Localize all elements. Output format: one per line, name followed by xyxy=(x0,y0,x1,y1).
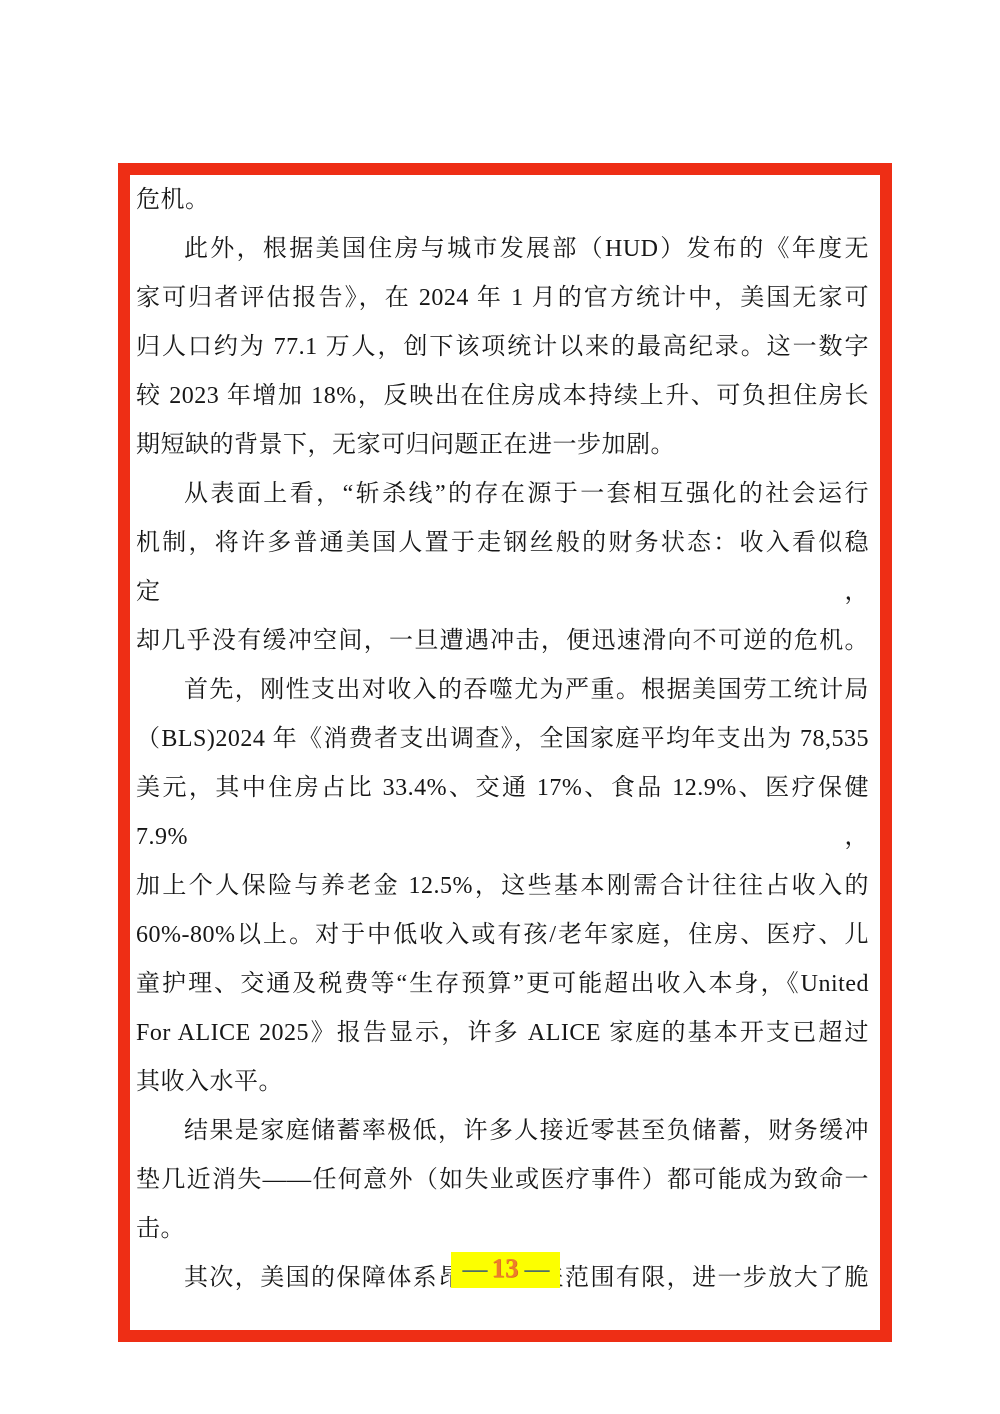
text-line: 家可归者评估报告》，在 2024 年 1 月的官方统计中，美国无家可 xyxy=(136,274,869,323)
text-line: 机制，将许多普通美国人置于走钢丝般的财务状态：收入看似稳定， xyxy=(136,519,869,617)
page-footer: —13— xyxy=(118,1252,892,1288)
page-number: 13 xyxy=(486,1253,525,1283)
text-line: 较 2023 年增加 18%，反映出在住房成本持续上升、可负担住房长 xyxy=(136,372,869,421)
footer-right-dash: — xyxy=(525,1256,548,1283)
text-line: 击。 xyxy=(136,1205,869,1254)
footer-left-dash: — xyxy=(463,1256,486,1283)
text-line: （BLS)2024 年《消费者支出调查》，全国家庭平均年支出为 78,535 xyxy=(136,715,869,764)
text-line: 60%-80%以上。对于中低收入或有孩/老年家庭，住房、医疗、儿 xyxy=(136,911,869,960)
text-line: 从表面上看，“斩杀线”的存在源于一套相互强化的社会运行 xyxy=(136,470,869,519)
text-line: 结果是家庭储蓄率极低，许多人接近零甚至负储蓄，财务缓冲 xyxy=(136,1107,869,1156)
page-number-highlight: —13— xyxy=(451,1252,560,1288)
text-line: 童护理、交通及税费等“生存预算”更可能超出收入本身，《United xyxy=(136,960,869,1009)
text-line: 其收入水平。 xyxy=(136,1058,869,1107)
document-body: 危机。此外，根据美国住房与城市发展部（HUD）发布的《年度无家可归者评估报告》，… xyxy=(136,176,869,1303)
text-line: 期短缺的背景下，无家可归问题正在进一步加剧。 xyxy=(136,421,869,470)
text-line: 归人口约为 77.1 万人，创下该项统计以来的最高纪录。这一数字 xyxy=(136,323,869,372)
text-line: 却几乎没有缓冲空间，一旦遭遇冲击，便迅速滑向不可逆的危机。 xyxy=(136,617,869,666)
text-line: 危机。 xyxy=(136,176,869,225)
text-line: 加上个人保险与养老金 12.5%，这些基本刚需合计往往占收入的 xyxy=(136,862,869,911)
text-line: For ALICE 2025》报告显示，许多 ALICE 家庭的基本开支已超过 xyxy=(136,1009,869,1058)
text-line: 此外，根据美国住房与城市发展部（HUD）发布的《年度无 xyxy=(136,225,869,274)
text-line: 首先，刚性支出对收入的吞噬尤为严重。根据美国劳工统计局 xyxy=(136,666,869,715)
text-line: 垫几近消失——任何意外（如失业或医疗事件）都可能成为致命一 xyxy=(136,1156,869,1205)
text-line: 美元，其中住房占比 33.4%、交通 17%、食品 12.9%、医疗保健 7.9… xyxy=(136,764,869,862)
